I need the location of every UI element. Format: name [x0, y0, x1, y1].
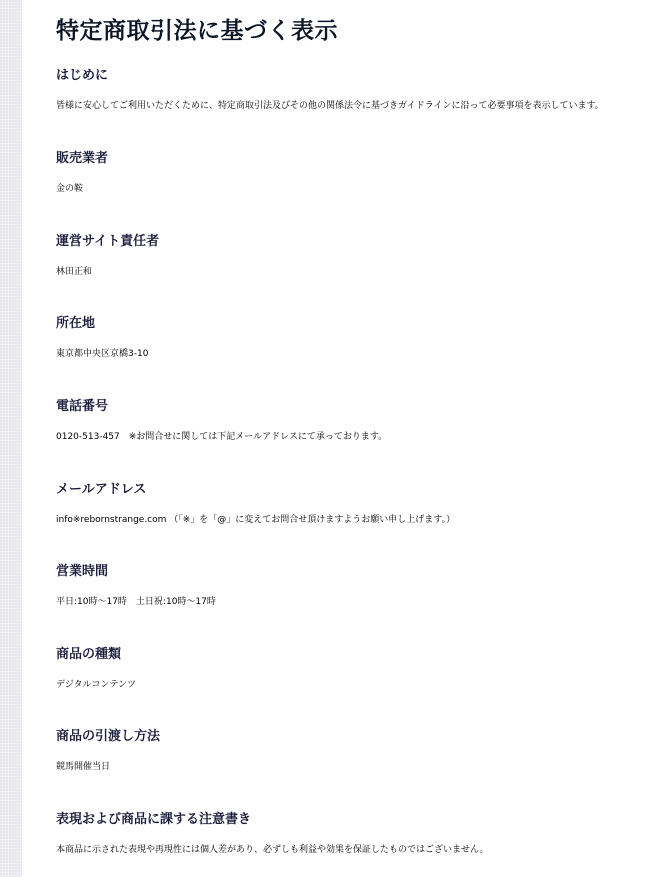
section-body: デジタルコンテンツ: [56, 679, 136, 691]
section-business-hours: 営業時間 平日:10時～17時 土日祝:10時～17時: [56, 564, 649, 580]
left-decorative-strip: [0, 0, 22, 877]
section-body: 競馬開催当日: [56, 761, 110, 773]
section-phone: 電話番号 0120-513-457 ※お問合せに関しては下記メールアドレスにて承…: [56, 399, 649, 415]
section-heading: 表現および商品に課する注意書き: [56, 812, 649, 828]
section-body: 林田正和: [56, 266, 92, 278]
section-site-manager: 運営サイト責任者 林田正和: [56, 234, 649, 250]
section-body: 東京都中央区京橋3-10: [56, 348, 148, 360]
section-body: 0120-513-457 ※お問合せに関しては下記メールアドレスにて承っておりま…: [56, 431, 387, 443]
section-seller: 販売業者 金の鞍: [56, 151, 649, 167]
section-email: メールアドレス info※rebornstrange.com （「※」を「@」に…: [56, 482, 649, 498]
section-heading: 販売業者: [56, 151, 649, 167]
section-heading: 商品の引渡し方法: [56, 729, 649, 745]
section-heading: 商品の種類: [56, 647, 649, 663]
section-heading: 営業時間: [56, 564, 649, 580]
section-introduction: はじめに 皆様に安心してご利用いただくために、特定商取引法及びその他の関係法令に…: [56, 68, 649, 84]
section-body: 本商品に示された表現や再現性には個人差があり、必ずしも利益や効果を保証したもので…: [56, 844, 489, 856]
section-heading: はじめに: [56, 68, 649, 84]
section-heading: 電話番号: [56, 399, 649, 415]
section-body: 平日:10時～17時 土日祝:10時～17時: [56, 596, 216, 608]
section-delivery-method: 商品の引渡し方法 競馬開催当日: [56, 729, 649, 745]
page-title: 特定商取引法に基づく表示: [56, 12, 338, 45]
section-disclaimer: 表現および商品に課する注意書き 本商品に示された表現や再現性には個人差があり、必…: [56, 812, 649, 828]
section-product-type: 商品の種類 デジタルコンテンツ: [56, 647, 649, 663]
section-body: info※rebornstrange.com （「※」を「@」に変えてお問合せ頂…: [56, 514, 455, 526]
section-body: 皆様に安心してご利用いただくために、特定商取引法及びその他の関係法令に基づきガイ…: [56, 100, 604, 112]
section-heading: 所在地: [56, 316, 649, 332]
section-address: 所在地 東京都中央区京橋3-10: [56, 316, 649, 332]
section-heading: 運営サイト責任者: [56, 234, 649, 250]
section-heading: メールアドレス: [56, 482, 649, 498]
section-body: 金の鞍: [56, 183, 83, 195]
